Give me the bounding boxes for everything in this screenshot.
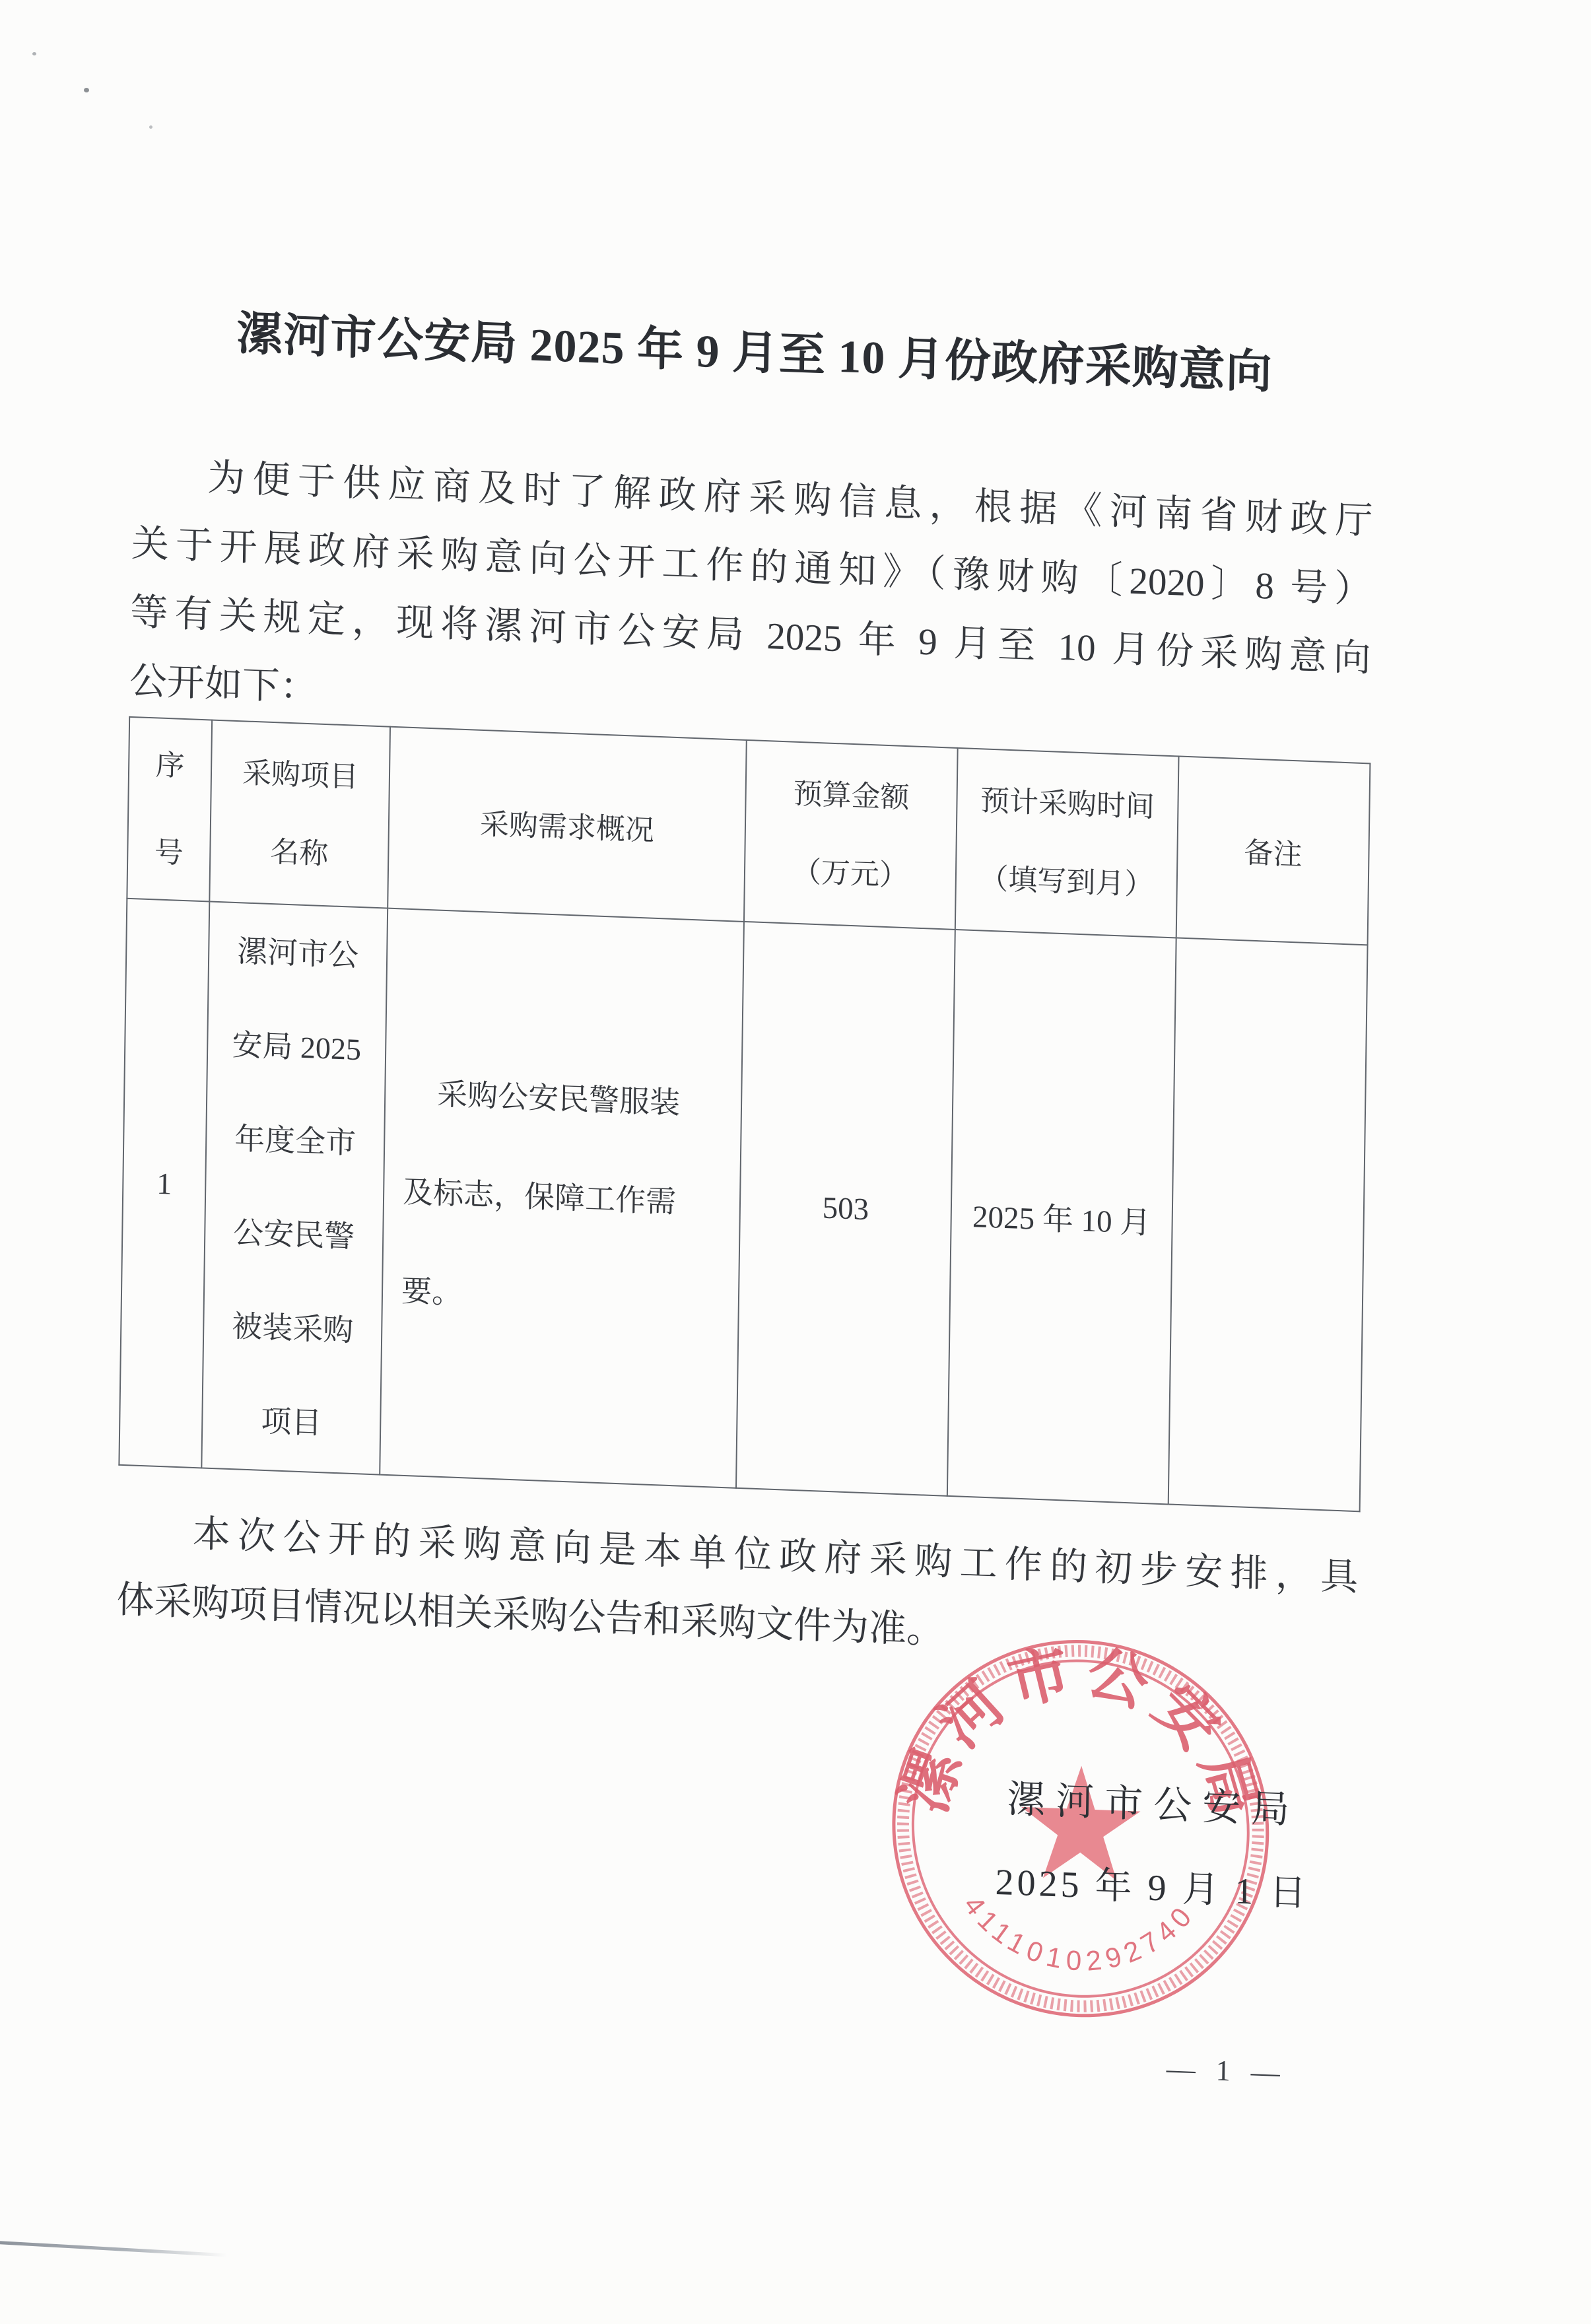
dust-speck bbox=[32, 52, 36, 55]
signature-block: 漯河市公安局 2025 年 9 月 1 日 bbox=[908, 1773, 1398, 1921]
header-time-line: 预计采购时间 bbox=[957, 761, 1178, 846]
cell-time: 2025 年 10 月 bbox=[947, 930, 1176, 1504]
header-budget-line: （万元） bbox=[745, 831, 956, 916]
cell-remark bbox=[1168, 938, 1368, 1511]
header-time: 预计采购时间 （填写到月） bbox=[955, 748, 1179, 938]
intro-paragraph: 为便于供应商及时了解政府采购信息，根据《河南省财政厅 关于开展政府采购意向公开工… bbox=[129, 441, 1373, 763]
signature-org: 漯河市公安局 bbox=[909, 1773, 1398, 1837]
project-name-line: 被装采购 bbox=[203, 1278, 382, 1379]
header-name-line: 名称 bbox=[211, 811, 389, 895]
cell-seq: 1 bbox=[119, 899, 209, 1468]
project-name-line: 公安民警 bbox=[205, 1185, 383, 1285]
dust-speck bbox=[149, 125, 152, 129]
procurement-intention-table: 序 号 采购项目 名称 采购需求概况 预算金额 （万元） 预计采购时间 （填写到… bbox=[118, 716, 1371, 1513]
project-name-line: 项目 bbox=[202, 1372, 380, 1472]
header-budget: 预算金额 （万元） bbox=[744, 740, 958, 930]
cell-project-name: 漯河市公 安局 2025 年度全市 公安民警 被装采购 项目 bbox=[201, 902, 388, 1475]
project-name-line: 年度全市 bbox=[206, 1091, 384, 1192]
scanned-page: 漯河市公安局 2025 年 9 月至 10 月份政府采购意向 为便于供应商及时了… bbox=[0, 0, 1591, 2269]
cell-overview: 采购公安民警服装 及标志，保障工作需 要。 bbox=[380, 908, 744, 1488]
header-time-line: （填写到月） bbox=[956, 838, 1177, 924]
header-seq: 序 号 bbox=[127, 717, 212, 902]
page-content: 漯河市公安局 2025 年 9 月至 10 月份政府采购意向 为便于供应商及时了… bbox=[0, 0, 1591, 2269]
overview-line: 采购公安民警服装 bbox=[385, 1043, 741, 1155]
header-seq-line: 号 bbox=[127, 807, 210, 898]
header-project-name: 采购项目 名称 bbox=[209, 720, 390, 908]
dust-speck bbox=[84, 88, 89, 92]
project-name-line: 漯河市公 bbox=[209, 904, 387, 1004]
header-seq-line: 序 bbox=[129, 720, 211, 811]
header-name-line: 采购项目 bbox=[211, 733, 389, 817]
overview-line: 要。 bbox=[382, 1241, 739, 1353]
header-budget-line: 预算金额 bbox=[746, 753, 957, 838]
project-name-line: 安局 2025 bbox=[207, 998, 386, 1098]
overview-line: 及标志，保障工作需 bbox=[384, 1142, 740, 1254]
page-number: — 1 — bbox=[1166, 2052, 1287, 2090]
table-row: 1 漯河市公 安局 2025 年度全市 公安民警 被装采购 项目 采购公安民警服… bbox=[119, 899, 1367, 1511]
header-remark: 备注 bbox=[1176, 757, 1371, 945]
header-overview: 采购需求概况 bbox=[388, 727, 747, 922]
document-title: 漯河市公安局 2025 年 9 月至 10 月份政府采购意向 bbox=[134, 292, 1376, 406]
cell-budget: 503 bbox=[736, 922, 955, 1496]
